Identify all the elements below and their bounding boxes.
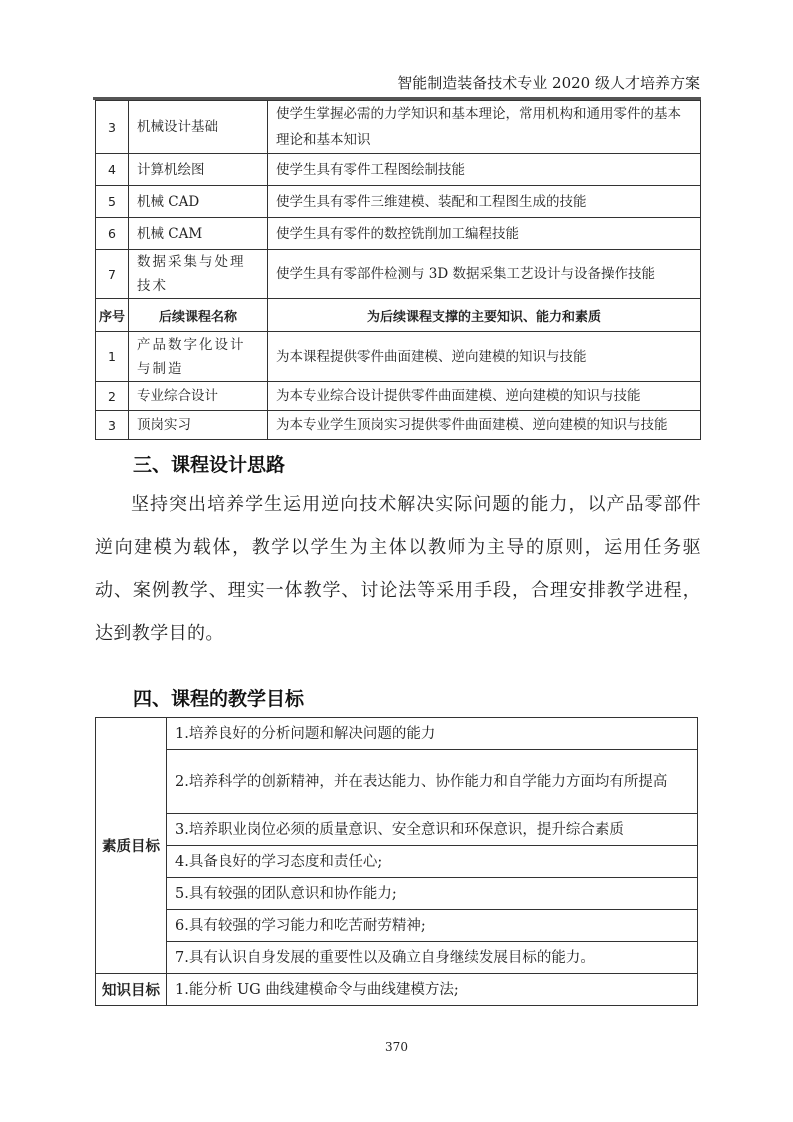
row-number: 1: [96, 332, 129, 382]
goal-item: 4.具备良好的学习态度和责任心;: [167, 846, 698, 878]
course-name: 机械 CAD: [129, 186, 268, 218]
row-number: 6: [96, 218, 129, 250]
table-row: 3 机械设计基础 使学生掌握必需的力学知识和基本理论，常用机构和通用零件的基本理…: [96, 101, 701, 154]
goal-item: 2.培养科学的创新精神，并在表达能力、协作能力和自学能力方面均有所提高: [167, 750, 698, 814]
table-row: 知识目标 1.能分析 UG 曲线建模命令与曲线建模方法;: [96, 974, 698, 1006]
goal-item: 6.具有较强的学习能力和吃苦耐劳精神;: [167, 910, 698, 942]
table-row: 4.具备良好的学习态度和责任心;: [96, 846, 698, 878]
course-name: 机械 CAM: [129, 218, 268, 250]
table-row: 2 专业综合设计 为本专业综合设计提供零件曲面建模、逆向建模的知识与技能: [96, 382, 701, 411]
course-name: 机械设计基础: [129, 101, 268, 154]
table-row: 6.具有较强的学习能力和吃苦耐劳精神;: [96, 910, 698, 942]
column-header-support: 为后续课程支撑的主要知识、能力和素质: [268, 299, 701, 332]
row-number: 2: [96, 382, 129, 411]
goal-item: 5.具有较强的团队意识和协作能力;: [167, 878, 698, 910]
column-header-number: 序号: [96, 299, 129, 332]
goal-category: 知识目标: [96, 974, 167, 1006]
course-support-table: 3 机械设计基础 使学生掌握必需的力学知识和基本理论，常用机构和通用零件的基本理…: [95, 100, 701, 440]
goal-item: 7.具有认识自身发展的重要性以及确立自身继续发展目标的能力。: [167, 942, 698, 974]
row-number: 4: [96, 154, 129, 186]
course-description: 使学生具有零部件检测与 3D 数据采集工艺设计与设备操作技能: [268, 250, 701, 299]
page-number: 370: [0, 1040, 793, 1054]
course-description: 为本课程提供零件曲面建模、逆向建模的知识与技能: [268, 332, 701, 382]
table-row: 1 产品数字化设计与制造 为本课程提供零件曲面建模、逆向建模的知识与技能: [96, 332, 701, 382]
table-row: 2.培养科学的创新精神，并在表达能力、协作能力和自学能力方面均有所提高: [96, 750, 698, 814]
row-number: 3: [96, 411, 129, 440]
section-heading-design-approach: 三、课程设计思路: [133, 450, 285, 477]
course-name: 数据采集与处理技术: [129, 250, 268, 299]
table-row: 7 数据采集与处理技术 使学生具有零部件检测与 3D 数据采集工艺设计与设备操作…: [96, 250, 701, 299]
table-row: 5.具有较强的团队意识和协作能力;: [96, 878, 698, 910]
table-row: 3 顶岗实习 为本专业学生顶岗实习提供零件曲面建模、逆向建模的知识与技能: [96, 411, 701, 440]
row-number: 3: [96, 101, 129, 154]
teaching-goals-table: 素质目标 1.培养良好的分析问题和解决问题的能力 2.培养科学的创新精神，并在表…: [95, 717, 698, 1006]
goal-item: 1.培养良好的分析问题和解决问题的能力: [167, 718, 698, 750]
course-description: 使学生掌握必需的力学知识和基本理论，常用机构和通用零件的基本理论和基本知识: [268, 101, 701, 154]
goal-item: 1.能分析 UG 曲线建模命令与曲线建模方法;: [167, 974, 698, 1006]
subsequent-courses-header-row: 序号 后续课程名称 为后续课程支撑的主要知识、能力和素质: [96, 299, 701, 332]
table-row: 素质目标 1.培养良好的分析问题和解决问题的能力: [96, 718, 698, 750]
goal-item: 3.培养职业岗位必须的质量意识、安全意识和环保意识，提升综合素质: [167, 814, 698, 846]
table-row: 6 机械 CAM 使学生具有零件的数控铣削加工编程技能: [96, 218, 701, 250]
column-header-course-name: 后续课程名称: [129, 299, 268, 332]
table-row: 5 机械 CAD 使学生具有零件三维建模、装配和工程图生成的技能: [96, 186, 701, 218]
course-description: 为本专业综合设计提供零件曲面建模、逆向建模的知识与技能: [268, 382, 701, 411]
table-row: 3.培养职业岗位必须的质量意识、安全意识和环保意识，提升综合素质: [96, 814, 698, 846]
row-number: 7: [96, 250, 129, 299]
table-row: 7.具有认识自身发展的重要性以及确立自身继续发展目标的能力。: [96, 942, 698, 974]
header-title: 智能制造装备技术专业 2020 级人才培养方案: [390, 72, 700, 93]
course-name: 产品数字化设计与制造: [129, 332, 268, 382]
course-description: 为本专业学生顶岗实习提供零件曲面建模、逆向建模的知识与技能: [268, 411, 701, 440]
course-description: 使学生具有零件工程图绘制技能: [268, 154, 701, 186]
row-number: 5: [96, 186, 129, 218]
table-row: 4 计算机绘图 使学生具有零件工程图绘制技能: [96, 154, 701, 186]
course-description: 使学生具有零件三维建模、装配和工程图生成的技能: [268, 186, 701, 218]
course-name: 顶岗实习: [129, 411, 268, 440]
goal-category: 素质目标: [96, 718, 167, 974]
course-name: 计算机绘图: [129, 154, 268, 186]
section-heading-teaching-goals: 四、课程的教学目标: [133, 684, 304, 711]
course-description: 使学生具有零件的数控铣削加工编程技能: [268, 218, 701, 250]
course-name: 专业综合设计: [129, 382, 268, 411]
design-approach-paragraph: 坚持突出培养学生运用逆向技术解决实际问题的能力，以产品零部件逆向建模为载体，教学…: [95, 483, 701, 655]
